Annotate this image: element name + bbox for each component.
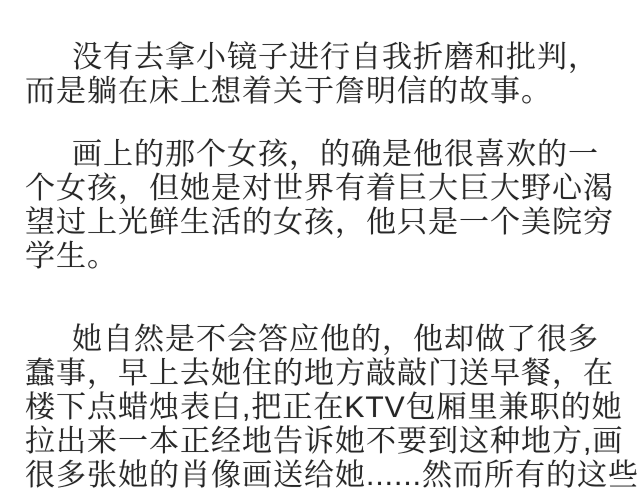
paragraph-2-line-4: 学生。 [25,240,640,274]
paragraph-2-line-3: 望过上光鲜生活的女孩，他只是一个美院穷 [25,206,640,240]
paragraph-1: 没有去拿小镜子进行自我折磨和批判， 而是躺在床上想着关于詹明信的故事。 [25,41,640,109]
paragraph-3: 她自然是不会答应他的，他却做了很多 蠢事，早上去她住的地方敲敲门送早餐，在 楼下… [25,323,640,493]
paragraph-2: 画上的那个女孩，的确是他很喜欢的一 个女孩，但她是对世界有着巨大巨大野心渴 望过… [25,138,640,274]
paragraph-3-line-2: 蠢事，早上去她住的地方敲敲门送早餐，在 [25,357,640,391]
text-page: 没有去拿小镜子进行自我折磨和批判， 而是躺在床上想着关于詹明信的故事。 画上的那… [0,0,640,500]
paragraph-3-line-5: 很多张她的肖像画送给她......然而所有的这些 [25,459,640,493]
paragraph-1-line-2: 而是躺在床上想着关于詹明信的故事。 [25,75,640,109]
paragraph-1-line-1: 没有去拿小镜子进行自我折磨和批判， [25,41,640,75]
paragraph-2-line-1: 画上的那个女孩，的确是他很喜欢的一 [25,138,640,172]
paragraph-3-line-3: 楼下点蜡烛表白,把正在KTV包厢里兼职的她 [25,391,640,425]
paragraph-3-line-4: 拉出来一本正经地告诉她不要到这种地方,画 [25,425,640,459]
paragraph-2-line-2: 个女孩，但她是对世界有着巨大巨大野心渴 [25,172,640,206]
paragraph-3-line-1: 她自然是不会答应他的，他却做了很多 [25,323,640,357]
